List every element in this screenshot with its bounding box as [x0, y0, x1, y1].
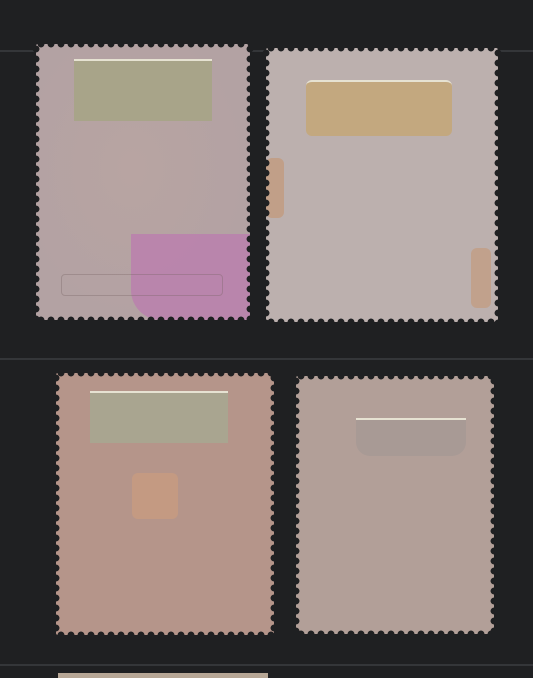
perforation-bottom [296, 630, 494, 638]
stamp-back-partial [58, 673, 268, 678]
perforation-right [490, 376, 498, 634]
stamp-back-bottom-left [56, 373, 274, 635]
perforation-top [56, 369, 274, 377]
foxing-stain [471, 248, 491, 308]
perforation-left [262, 48, 270, 322]
perforation-top [36, 40, 250, 48]
engraving-show-through-frame [61, 274, 223, 296]
stockcard-strip-line [0, 358, 533, 360]
perforation-bottom [56, 631, 274, 639]
stamp-back-top-right [266, 48, 498, 322]
perforation-left [52, 373, 60, 635]
stamp-back-bottom-right [296, 376, 494, 634]
stamp-hinge [356, 418, 466, 456]
stockcard-strip-line [0, 664, 533, 666]
stamp-paper [296, 376, 494, 634]
perforation-bottom [36, 316, 250, 324]
stamp-hinge [74, 59, 212, 121]
perforation-right [494, 48, 502, 322]
perforation-left [32, 44, 40, 320]
perforation-bottom [266, 318, 498, 326]
perforation-top [296, 372, 494, 380]
perforation-right [270, 373, 278, 635]
stamp-hinge [306, 80, 452, 136]
perforation-top [266, 44, 498, 52]
stamp-back-top-left [36, 44, 250, 320]
perforation-right [246, 44, 254, 320]
stamp-hinge [90, 391, 228, 443]
thin-spot [132, 473, 178, 519]
perforation-left [292, 376, 300, 634]
